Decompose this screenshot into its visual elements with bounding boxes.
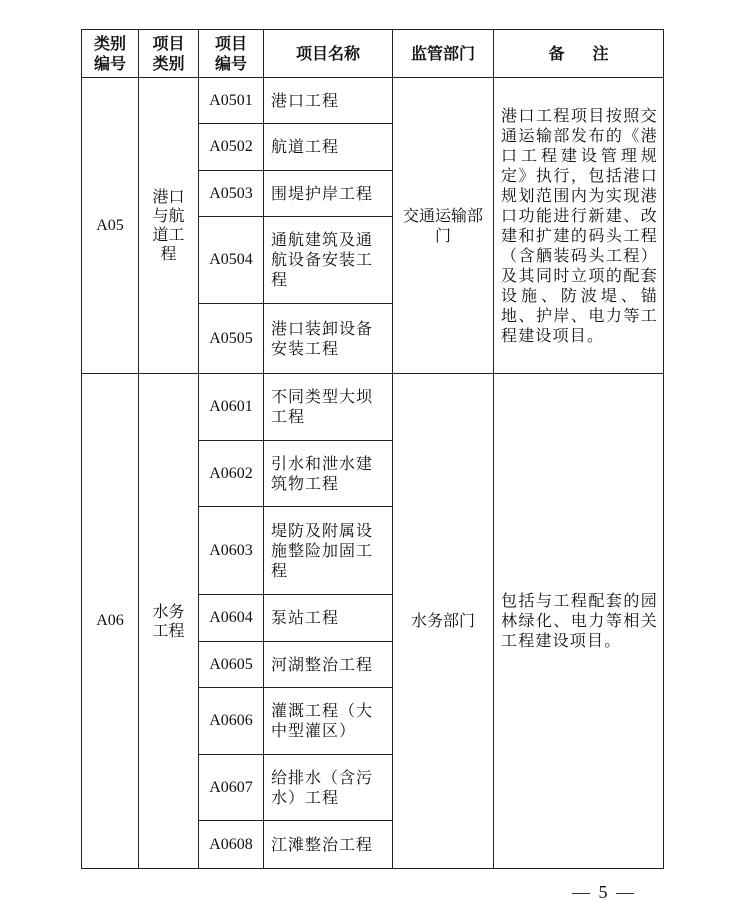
project-code-cell: A0505 <box>199 304 264 374</box>
table-row: A06 水务工程 A0601 不同类型大坝工程 水务部门 包括与工程配套的园林绿… <box>82 374 664 441</box>
remarks-cell: 港口工程项目按照交通运输部发布的《港口工程建设管理规定》执行，包括港口规划范围内… <box>494 78 664 374</box>
project-code-cell: A0504 <box>199 217 264 304</box>
project-code-cell: A0602 <box>199 441 264 507</box>
project-name-cell: 江滩整治工程 <box>264 821 393 869</box>
project-name-cell: 灌溉工程（大中型灌区） <box>264 688 393 755</box>
supervising-department-cell: 交通运输部门 <box>393 78 494 374</box>
project-name-cell: 河湖整治工程 <box>264 642 393 688</box>
project-name-cell: 引水和泄水建筑物工程 <box>264 441 393 507</box>
project-name-cell: 围堤护岸工程 <box>264 171 393 217</box>
header-category-code: 类别编号 <box>82 30 139 78</box>
project-code-cell: A0603 <box>199 507 264 595</box>
header-project-name: 项目名称 <box>264 30 393 78</box>
header-project-category: 项目类别 <box>139 30 199 78</box>
project-name-cell: 泵站工程 <box>264 595 393 642</box>
project-code-cell: A0604 <box>199 595 264 642</box>
remarks-cell: 包括与工程配套的园林绿化、电力等相关工程建设项目。 <box>494 374 664 869</box>
project-name-cell: 港口工程 <box>264 78 393 124</box>
project-code-cell: A0605 <box>199 642 264 688</box>
project-code-cell: A0608 <box>199 821 264 869</box>
document-page: 类别编号 项目类别 项目编号 项目名称 监管部门 备注 A05 港口与航道工程 … <box>0 0 732 922</box>
header-supervising-department: 监管部门 <box>393 30 494 78</box>
supervising-department-cell: 水务部门 <box>393 374 494 869</box>
project-code-cell: A0606 <box>199 688 264 755</box>
category-code-cell: A06 <box>82 374 139 869</box>
project-name-cell: 通航建筑及通航设备安装工程 <box>264 217 393 304</box>
project-code-cell: A0502 <box>199 124 264 171</box>
project-code-cell: A0601 <box>199 374 264 441</box>
page-number: — 5 — <box>572 882 636 903</box>
project-category-cell: 水务工程 <box>139 374 199 869</box>
project-code-cell: A0607 <box>199 755 264 821</box>
project-category-cell: 港口与航道工程 <box>139 78 199 374</box>
header-project-code: 项目编号 <box>199 30 264 78</box>
header-remarks: 备注 <box>494 30 664 78</box>
project-classification-table: 类别编号 项目类别 项目编号 项目名称 监管部门 备注 A05 港口与航道工程 … <box>81 29 664 869</box>
project-name-cell: 港口装卸设备安装工程 <box>264 304 393 374</box>
project-code-cell: A0501 <box>199 78 264 124</box>
project-name-cell: 航道工程 <box>264 124 393 171</box>
project-name-cell: 不同类型大坝工程 <box>264 374 393 441</box>
category-code-cell: A05 <box>82 78 139 374</box>
header-row: 类别编号 项目类别 项目编号 项目名称 监管部门 备注 <box>82 30 664 78</box>
project-code-cell: A0503 <box>199 171 264 217</box>
project-name-cell: 堤防及附属设施整险加固工程 <box>264 507 393 595</box>
table-row: A05 港口与航道工程 A0501 港口工程 交通运输部门 港口工程项目按照交通… <box>82 78 664 124</box>
project-name-cell: 给排水（含污水）工程 <box>264 755 393 821</box>
